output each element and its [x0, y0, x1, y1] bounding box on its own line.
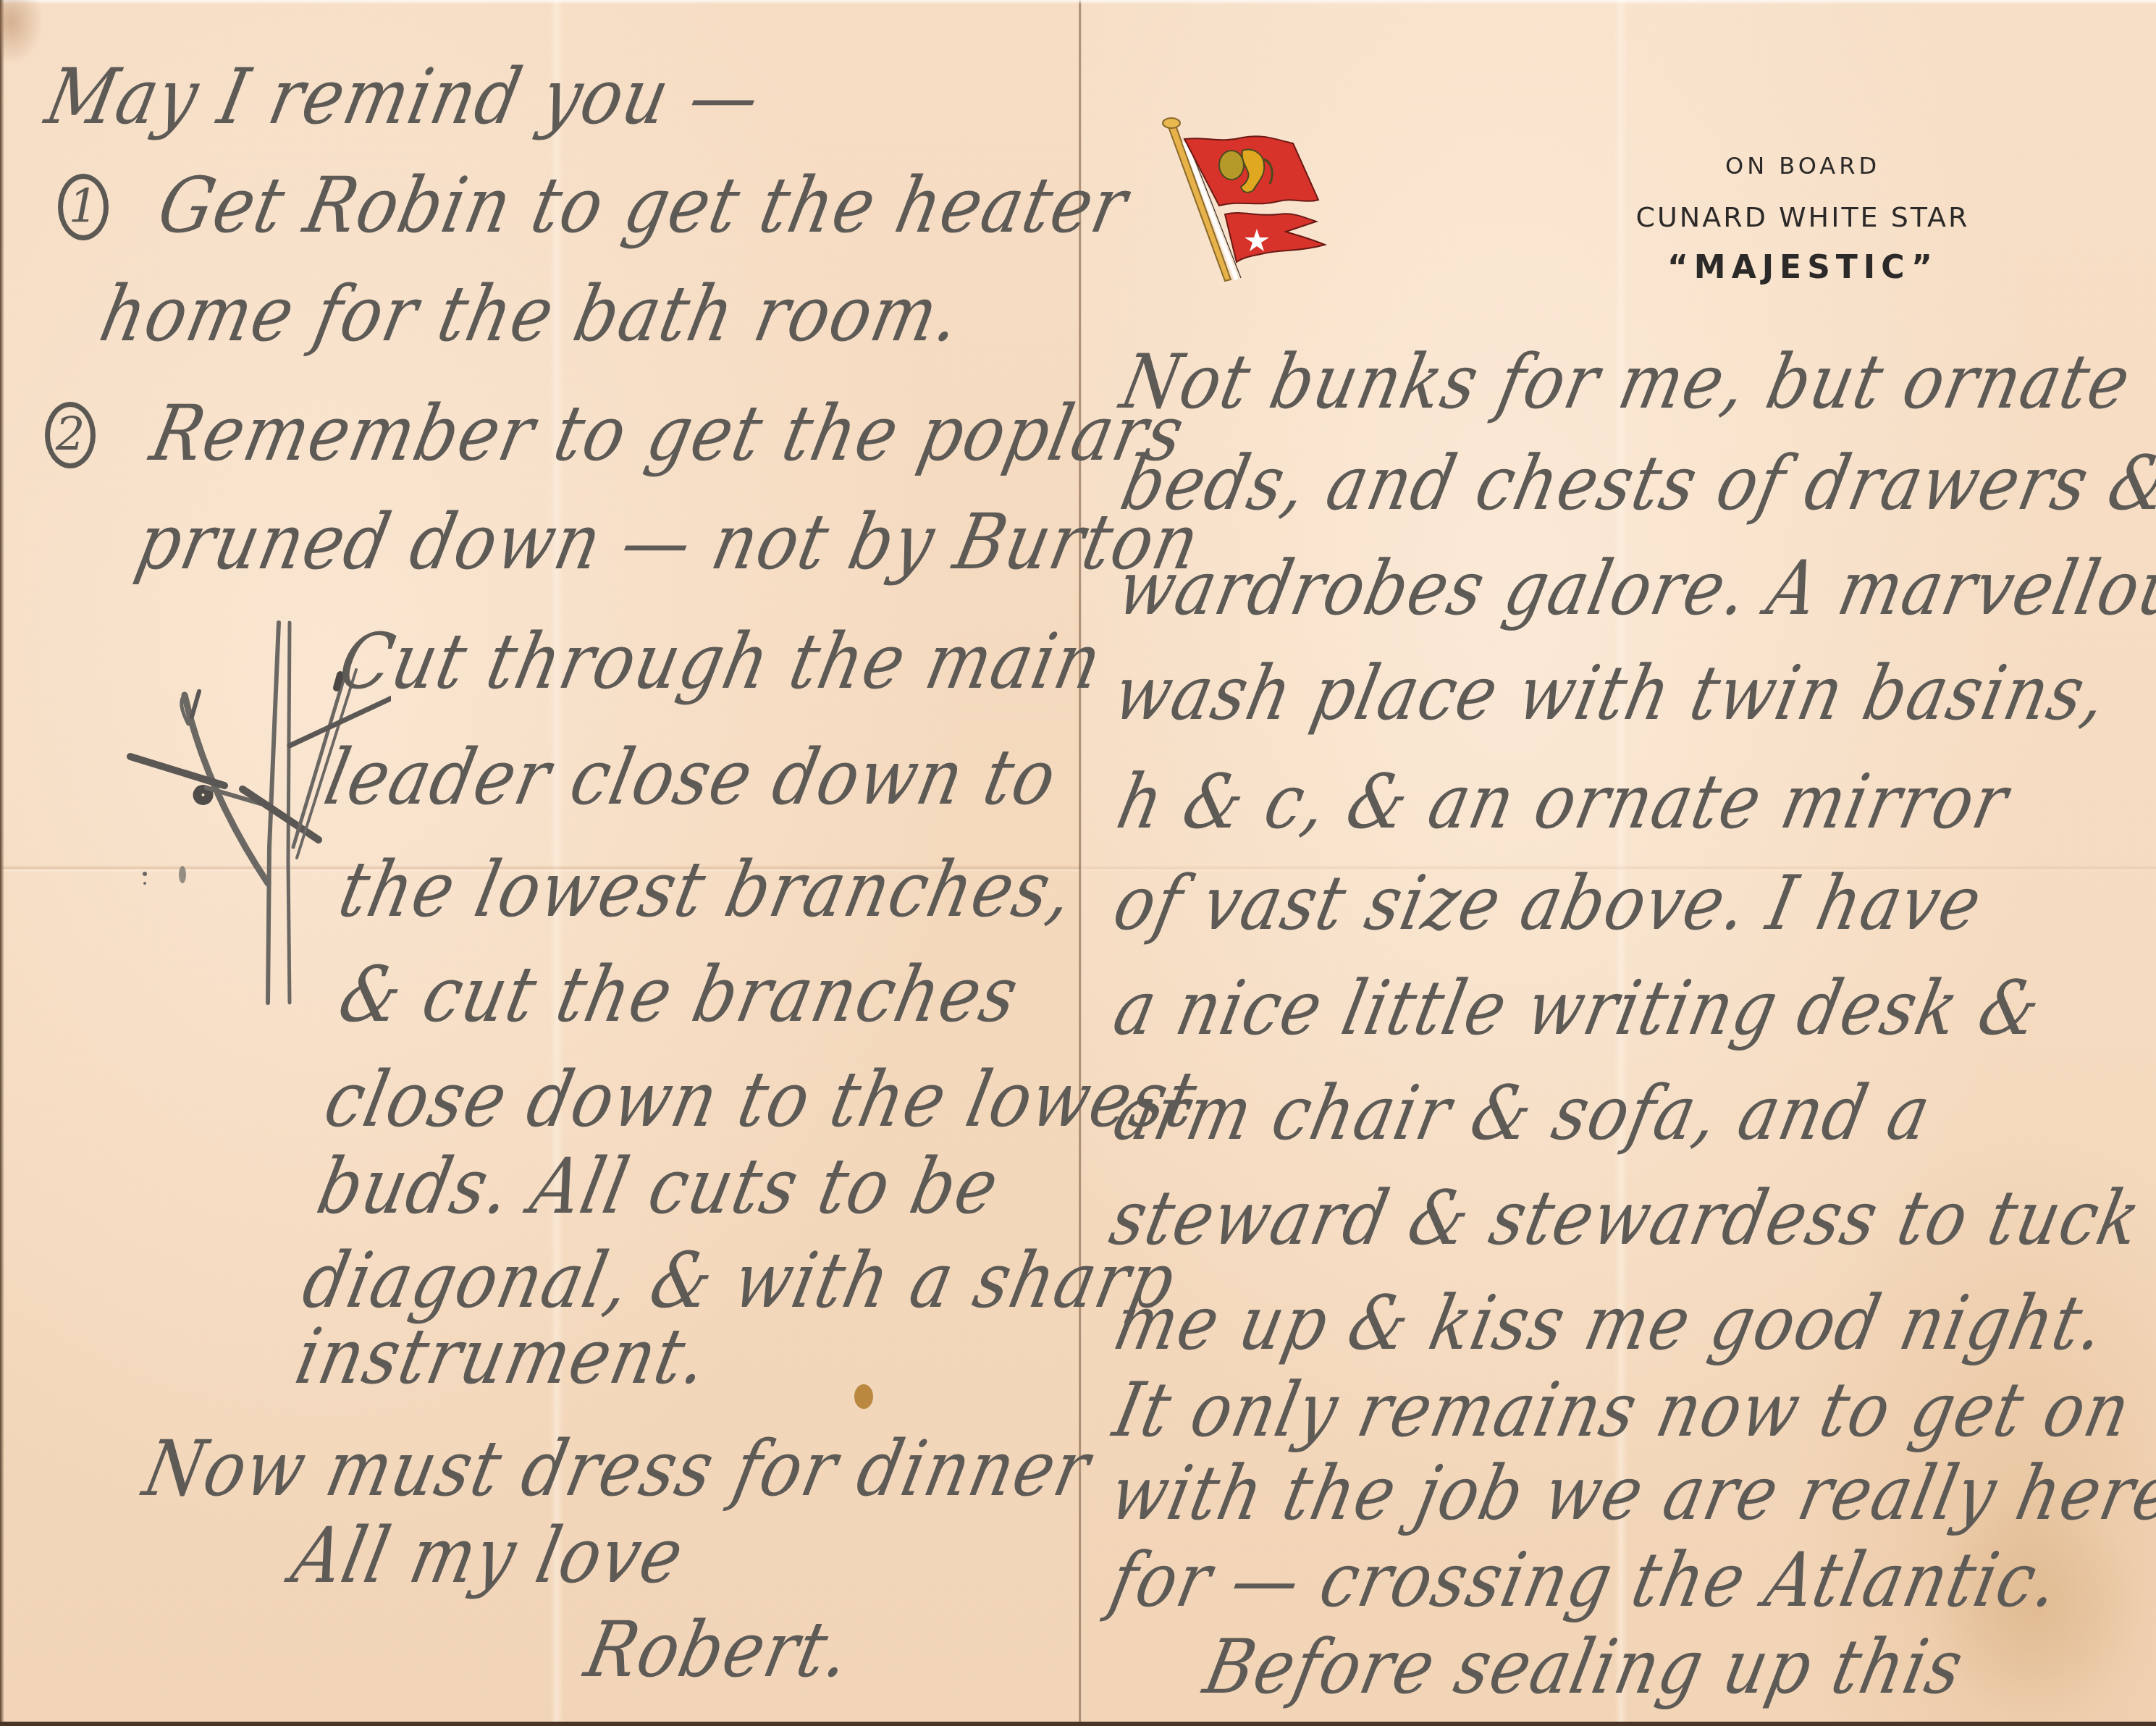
handwritten-line: instrument.: [290, 1318, 715, 1395]
bottom-edge: [0, 1722, 2156, 1726]
left-edge: [0, 0, 4, 1726]
letterhead: ON BOARD CUNARD WHITE STAR “MAJESTIC”: [1557, 152, 2049, 286]
handwritten-line: a nice little writing desk &: [1108, 972, 2047, 1047]
letterhead-ship-name: “MAJESTIC”: [1557, 249, 2049, 286]
handwritten-line: h & c, & an ornate mirror: [1111, 765, 2015, 841]
handwritten-line: the lowest branches,: [333, 851, 1080, 928]
handwritten-line: & cut the branches: [333, 956, 1025, 1033]
cunard-white-star-flag-icon: [1155, 114, 1351, 288]
handwritten-line: beds, and chests of drawers &: [1115, 447, 2156, 522]
list-marker-number: 1: [69, 180, 98, 234]
handwritten-line: Get Robin to get the heater: [152, 167, 1134, 244]
handwritten-line: Remember to get the poplars: [145, 395, 1191, 472]
list-marker-number: 2: [56, 408, 85, 462]
handwritten-line: Not bunks for me, but ornate: [1115, 345, 2137, 421]
handwritten-line: me up & kiss me good night.: [1108, 1287, 2112, 1362]
handwritten-line: Now must dress for dinner: [138, 1431, 1097, 1507]
handwritten-line: pruned down — not by Burton: [130, 504, 1207, 581]
signature: Robert.: [579, 1612, 858, 1688]
list-marker-1: 1: [58, 174, 109, 240]
handwritten-line: Cut through the main: [333, 623, 1108, 700]
handwritten-line: It only remains now to get on: [1108, 1373, 2137, 1449]
handwritten-line: May I remind you —: [40, 59, 767, 135]
handwritten-line: diagonal, & with a sharp: [297, 1242, 1182, 1319]
handwritten-line: Before sealing up this: [1198, 1630, 1970, 1706]
handwritten-line: wash place with twin basins,: [1108, 657, 2114, 732]
handwritten-line: steward & stewardess to tuck: [1104, 1182, 2147, 1257]
handwritten-line: wardrobes galore. A marvellous: [1111, 552, 2156, 627]
top-edge: [0, 0, 2156, 4]
handwritten-line: All my love: [286, 1517, 691, 1594]
handwritten-line: with the job we are really here: [1104, 1457, 2156, 1532]
handwritten-line: home for the bath room.: [94, 276, 968, 353]
letterhead-on-board: ON BOARD: [1557, 152, 2049, 180]
letterhead-company: CUNARD WHITE STAR: [1557, 201, 2049, 233]
list-marker-2: 2: [45, 402, 96, 468]
handwritten-line: close down to the lowest: [319, 1061, 1204, 1138]
handwritten-line: for — crossing the Atlantic.: [1104, 1544, 2066, 1619]
handwritten-line: of vast size above. I have: [1108, 867, 1988, 942]
ink-spot: [854, 1384, 873, 1409]
handwritten-line: leader close down to: [319, 739, 1064, 816]
handwritten-line: arm chair & sofa, and a: [1108, 1077, 1937, 1152]
handwritten-line: buds. All cuts to be: [311, 1148, 1006, 1225]
